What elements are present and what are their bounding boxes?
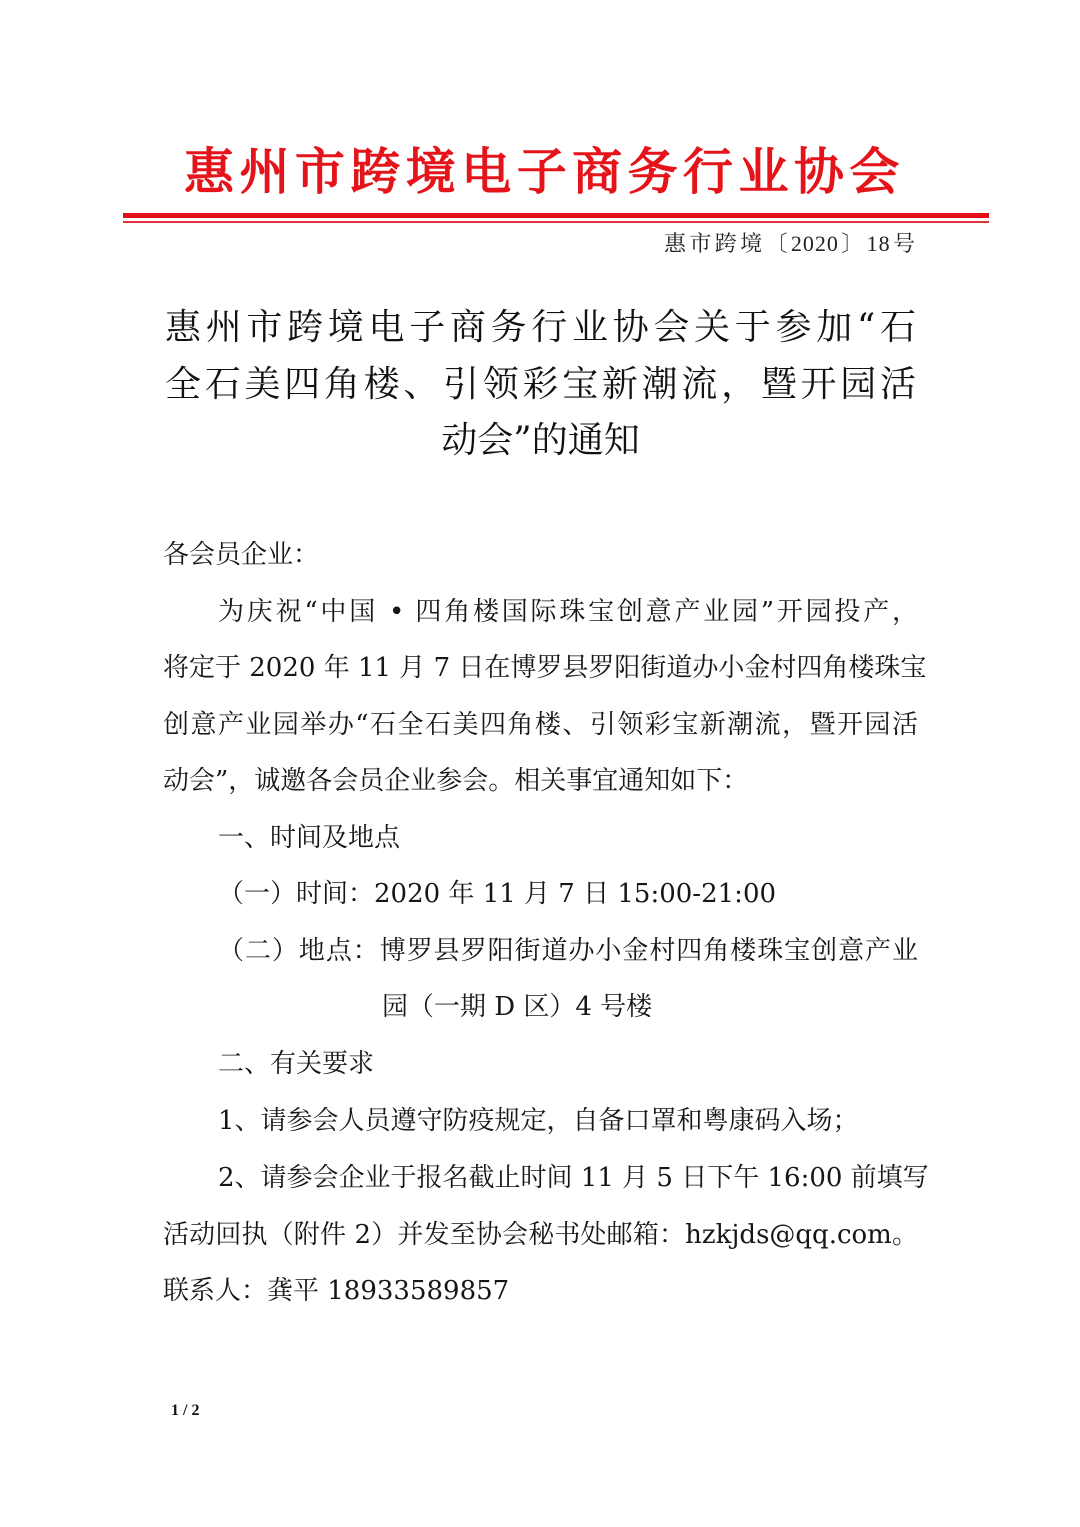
- letterhead-rule-thick: [123, 213, 989, 218]
- salutation: 各会员企业：: [163, 537, 319, 573]
- intro-line-4: 动会”，诚邀各会员企业参会。相关事宜通知如下：: [163, 763, 748, 799]
- contact-person: 联系人：龚平 18933589857: [163, 1273, 509, 1309]
- document-number: 惠市跨境〔2020〕18号: [664, 228, 916, 260]
- page-number: 1 / 2: [171, 1400, 199, 1422]
- requirement-1: 1、请参会人员遵守防疫规定，自备口罩和粤康码入场；: [218, 1103, 859, 1139]
- organization-name: 惠州市跨境电子商务行业协会: [184, 140, 900, 204]
- document-page: 惠州市跨境电子商务行业协会 惠市跨境〔2020〕18号 惠州市跨境电子商务行业协…: [0, 0, 1080, 1527]
- title-line-3: 动会”的通知: [165, 419, 916, 463]
- intro-line-3: 创意产业园举办“石全石美四角楼、引领彩宝新潮流，暨开园活: [163, 707, 918, 743]
- title-line-2: 全石美四角楼、引领彩宝新潮流，暨开园活: [165, 363, 916, 407]
- title-line-1: 惠州市跨境电子商务行业协会关于参加“石: [165, 306, 916, 350]
- requirement-2-line-2: 活动回执（附件 2）并发至协会秘书处邮箱：hzkjds@qq.com。: [163, 1217, 918, 1253]
- letterhead-rule-thin: [123, 221, 989, 223]
- section-1-heading: 一、时间及地点: [218, 820, 400, 856]
- requirement-2-line-1: 2、请参会企业于报名截止时间 11 月 5 日下午 16:00 前填写: [218, 1160, 918, 1196]
- event-location-line-2: 园（一期 D 区）4 号楼: [382, 989, 652, 1025]
- intro-line-2: 将定于 2020 年 11 月 7 日在博罗县罗阳街道办小金村四角楼珠宝: [163, 650, 918, 686]
- intro-line-1: 为庆祝“中国 • 四角楼国际珠宝创意产业园”开园投产，: [218, 594, 918, 630]
- event-location-line-1: （二）地点：博罗县罗阳街道办小金村四角楼珠宝创意产业: [218, 933, 918, 969]
- event-time: （一）时间：2020 年 11 月 7 日 15:00-21:00: [218, 876, 776, 912]
- section-2-heading: 二、有关要求: [218, 1046, 374, 1082]
